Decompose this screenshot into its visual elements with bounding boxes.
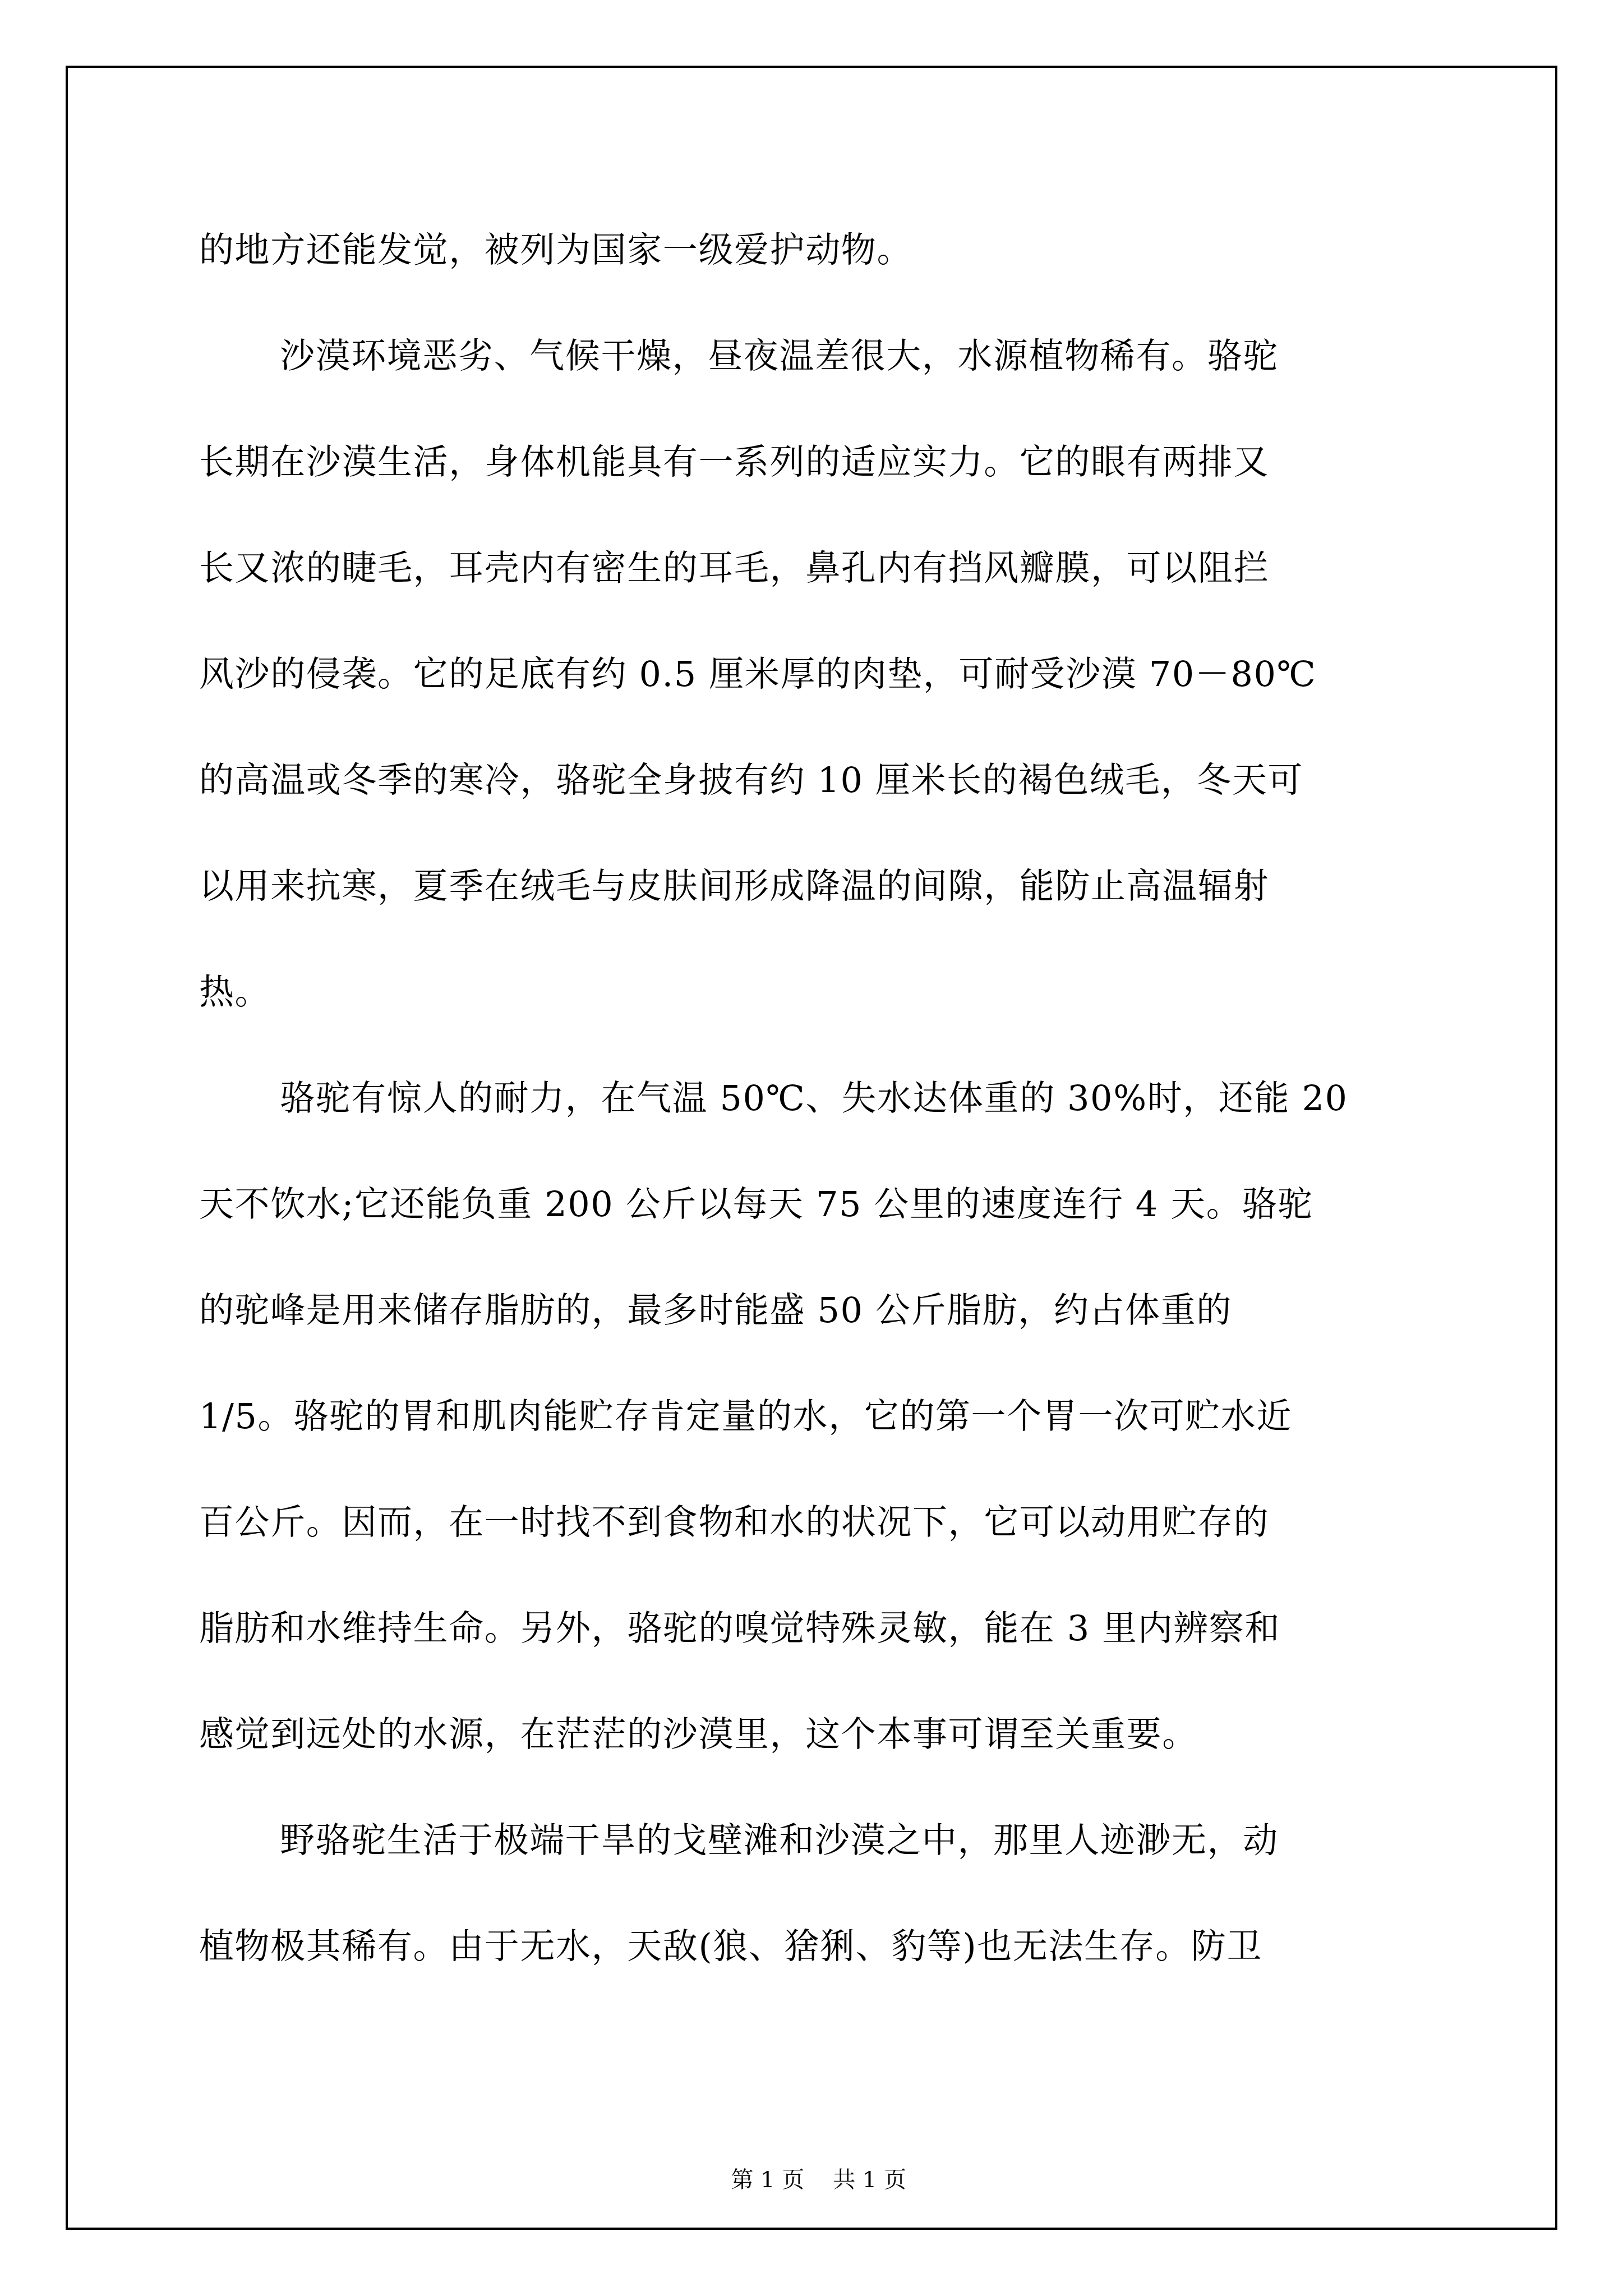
text-line: 长又浓的睫毛，耳壳内有密生的耳毛，鼻孔内有挡风瓣膜，可以阻拦 xyxy=(199,537,1433,643)
text-line: 的高温或冬季的寒冷，骆驼全身披有约 10 厘米长的褐色绒毛，冬天可 xyxy=(199,749,1433,855)
paragraph-first-line: 野骆驼生活于极端干旱的戈壁滩和沙漠之中，那里人迹渺无，动 xyxy=(199,1810,1433,1916)
text-line: 脂肪和水维持生命。另外，骆驼的嗅觉特殊灵敏，能在 3 里内辨察和 xyxy=(199,1598,1433,1704)
page-number-label: 第 1 页 共 1 页 xyxy=(731,2167,906,2193)
text-line: 天不饮水;它还能负重 200 公斤以每天 75 公里的速度连行 4 天。骆驼 xyxy=(199,1174,1433,1280)
text-line: 1/5。骆驼的胃和肌肉能贮存肯定量的水，它的第一个胃一次可贮水近 xyxy=(199,1386,1433,1492)
text-line: 感觉到远处的水源，在茫茫的沙漠里，这个本事可谓至关重要。 xyxy=(199,1704,1433,1810)
text-line: 的地方还能发觉，被列为国家一级爱护动物。 xyxy=(199,219,1433,325)
text-line: 植物极其稀有。由于无水，天敌(狼、猞猁、豹等)也无法生存。防卫 xyxy=(199,1916,1433,2022)
text-line: 风沙的侵袭。它的足底有约 0.5 厘米厚的肉垫，可耐受沙漠 70－80℃ xyxy=(199,643,1433,749)
paragraph-first-line: 沙漠环境恶劣、气候干燥，昼夜温差很大，水源植物稀有。骆驼 xyxy=(199,325,1433,431)
document-body: 的地方还能发觉，被列为国家一级爱护动物。 沙漠环境恶劣、气候干燥，昼夜温差很大，… xyxy=(199,219,1433,2022)
text-line: 的驼峰是用来储存脂肪的，最多时能盛 50 公斤脂肪，约占体重的 xyxy=(199,1280,1433,1386)
text-line: 以用来抗寒，夏季在绒毛与皮肤间形成降温的间隙，能防止高温辐射 xyxy=(199,855,1433,961)
text-line: 百公斤。因而，在一时找不到食物和水的状况下，它可以动用贮存的 xyxy=(199,1492,1433,1598)
text-line: 热。 xyxy=(199,961,1433,1068)
paragraph-first-line: 骆驼有惊人的耐力，在气温 50℃、失水达体重的 30%时，还能 20 xyxy=(199,1068,1433,1174)
text-line: 长期在沙漠生活，身体机能具有一系列的适应实力。它的眼有两排又 xyxy=(199,431,1433,537)
page-footer: 第 1 页 共 1 页 xyxy=(0,2129,1623,2197)
